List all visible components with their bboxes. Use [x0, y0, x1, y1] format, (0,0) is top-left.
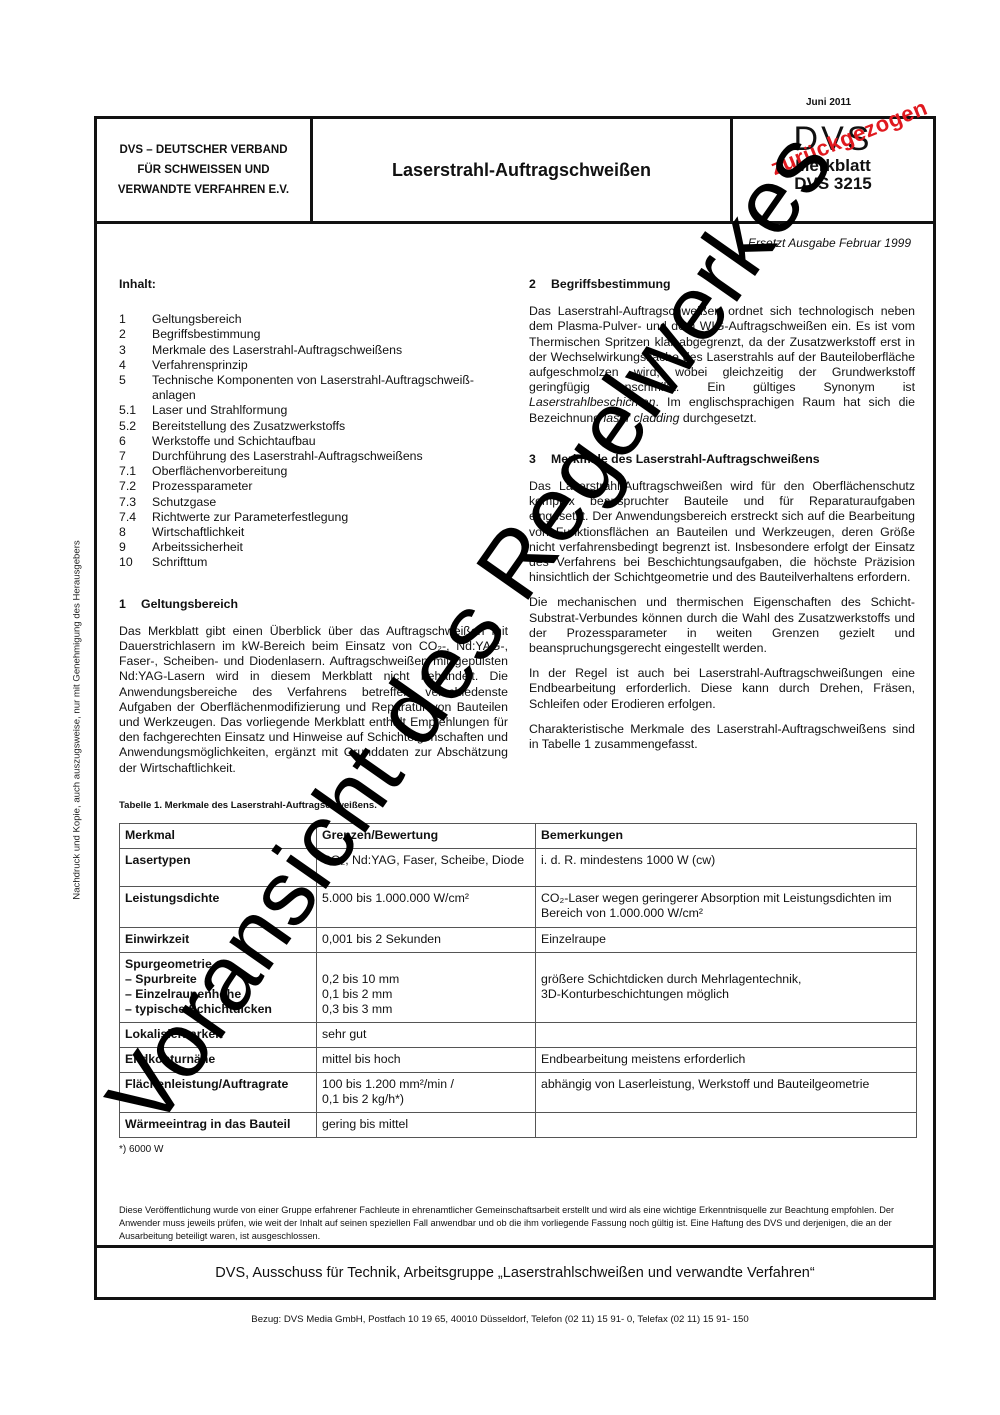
- section-3-paragraph: Die mechanischen und thermischen Eigensc…: [529, 595, 915, 656]
- toc-item-number: 9: [119, 540, 152, 555]
- table-cell-grenzen: CO₂, Nd:YAG, Faser, Scheibe, Diode: [317, 849, 536, 887]
- toc-item-label: Verfahrensprinzip: [152, 358, 248, 373]
- section-title: Merkmale des Laserstrahl-Auftragschweiße…: [551, 452, 820, 466]
- cell-line: 0,1 bis 2 mm: [322, 987, 530, 1002]
- table-cell-grenzen: gering bis mittel: [317, 1113, 536, 1138]
- table-of-contents: 1Geltungsbereich2Begriffsbestimmung3Merk…: [119, 312, 508, 570]
- section-3-heading: 3Merkmale des Laserstrahl-Auftragschweiß…: [529, 452, 915, 467]
- toc-item: 6Werkstoffe und Schichtaufbau: [119, 434, 508, 449]
- toc-item-number: 7.2: [119, 479, 152, 494]
- cell-line: 0,1 bis 2 kg/h*): [322, 1092, 530, 1107]
- toc-item-label: Werkstoffe und Schichtaufbau: [152, 434, 316, 449]
- table-cell-bemerkungen: abhängig von Laserleistung, Werkstoff un…: [536, 1073, 917, 1113]
- cell-line: [322, 957, 530, 972]
- toc-item-label: Begriffsbestimmung: [152, 327, 260, 342]
- table-row: LasertypenCO₂, Nd:YAG, Faser, Scheibe, D…: [120, 849, 917, 887]
- table-cell-bemerkungen: CO₂-Laser wegen geringerer Absorption mi…: [536, 887, 917, 928]
- toc-item: 7.3Schutzgase: [119, 495, 508, 510]
- section-1-heading: 1Geltungsbereich: [119, 597, 508, 612]
- toc-item-number: 7: [119, 449, 152, 464]
- replaces-edition: Ersetzt Ausgabe Februar 1999: [748, 236, 911, 250]
- logo-block: DVS Merkblatt DVS 3215 zurückgezogen: [733, 119, 933, 221]
- toc-title: Inhalt:: [119, 277, 508, 292]
- section-number: 1: [119, 597, 141, 612]
- table-header-row: Merkmal Grenzen/Bewertung Bemerkungen: [120, 824, 917, 849]
- toc-item-number: 2: [119, 327, 152, 342]
- characteristics-table: Merkmal Grenzen/Bewertung Bemerkungen La…: [119, 823, 917, 1138]
- toc-item: 4Verfahrensprinzip: [119, 358, 508, 373]
- cell-line: – typische Schichtdicken: [125, 1002, 311, 1017]
- table-cell-merkmal: Flächenleistung/Auftragrate: [120, 1073, 317, 1113]
- section-number: 3: [529, 452, 551, 467]
- organization-name: DVS – DEUTSCHER VERBAND FÜR SCHWEISSEN U…: [97, 119, 313, 221]
- cell-line: – Einzelraupenhöhe: [125, 987, 311, 1002]
- table-cell-grenzen: 100 bis 1.200 mm²/min /0,1 bis 2 kg/h*): [317, 1073, 536, 1113]
- toc-item-label: Durchführung des Laserstrahl-Auftragschw…: [152, 449, 423, 464]
- toc-item-label: Laser und Strahlformung: [152, 403, 287, 418]
- toc-item: 2Begriffsbestimmung: [119, 327, 508, 342]
- toc-item-number: 3: [119, 343, 152, 358]
- toc-item-number: 7.3: [119, 495, 152, 510]
- section-title: Begriffsbestimmung: [551, 277, 671, 291]
- cell-line: Spurgeometrie: [125, 957, 311, 972]
- table-cell-merkmal: Lokalisierbarkeit: [120, 1023, 317, 1048]
- toc-item-number: 5.1: [119, 403, 152, 418]
- toc-item: 1Geltungsbereich: [119, 312, 508, 327]
- cell-line: [541, 957, 911, 972]
- cell-line: – Spurbreite: [125, 972, 311, 987]
- section-number: 2: [529, 277, 551, 292]
- cell-line: größere Schichtdicken durch Mehrlagentec…: [541, 972, 911, 987]
- toc-item-label: Prozessparameter: [152, 479, 252, 494]
- toc-item: 5.2Bereitstellung des Zusatzwerkstoffs: [119, 419, 508, 434]
- table-cell-grenzen: 0,2 bis 10 mm0,1 bis 2 mm0,3 bis 3 mm: [317, 953, 536, 1023]
- toc-item: 7.1Oberflächenvorbereitung: [119, 464, 508, 479]
- toc-item-number: 10: [119, 555, 152, 570]
- toc-item: 3Merkmale des Laserstrahl-Auftragschweiß…: [119, 343, 508, 358]
- toc-item-label: Merkmale des Laserstrahl-Auftragschweiße…: [152, 343, 402, 358]
- section-2-heading: 2Begriffsbestimmung: [529, 277, 915, 292]
- doc-number: DVS 3215: [733, 175, 933, 193]
- toc-item-number: 4: [119, 358, 152, 373]
- document-title: Laserstrahl-Auftragschweißen: [313, 119, 733, 221]
- section-3-paragraph: Charakteristische Merkmale des Laserstra…: [529, 722, 915, 752]
- table-row: Spurgeometrie– Spurbreite– Einzelraupenh…: [120, 953, 917, 1023]
- table-cell-merkmal: Leistungsdichte: [120, 887, 317, 928]
- toc-item: 5.1Laser und Strahlformung: [119, 403, 508, 418]
- toc-item-number: 5.2: [119, 419, 152, 434]
- section-3-paragraph: Das Laserstrahl-Auftragschweißen wird fü…: [529, 479, 915, 585]
- right-column: 2Begriffsbestimmung Das Laserstrahl-Auft…: [529, 277, 915, 762]
- toc-item-number: 8: [119, 525, 152, 540]
- org-line: VERWANDTE VERFAHREN E.V.: [118, 180, 289, 200]
- text: Das Laserstrahl-Auftragschweißen ordnet …: [529, 304, 915, 394]
- toc-item-label: Wirtschaftlichkeit: [152, 525, 244, 540]
- cell-line: 0,2 bis 10 mm: [322, 972, 530, 987]
- table-cell-bemerkungen: [536, 1023, 917, 1048]
- table-row: Wärmeeintrag in das Bauteilgering bis mi…: [120, 1113, 917, 1138]
- table-cell-merkmal: Endkonturnähe: [120, 1048, 317, 1073]
- toc-item-label: Geltungsbereich: [152, 312, 242, 327]
- table-cell-grenzen: sehr gut: [317, 1023, 536, 1048]
- toc-item-label: Schrifttum: [152, 555, 207, 570]
- publication-date: Juni 2011: [806, 97, 851, 108]
- section-title: Geltungsbereich: [141, 597, 238, 611]
- table-cell-merkmal: Einwirkzeit: [120, 928, 317, 953]
- cell-line: 100 bis 1.200 mm²/min /: [322, 1077, 530, 1092]
- toc-item: 7Durchführung des Laserstrahl-Auftragsch…: [119, 449, 508, 464]
- toc-item: 10Schrifttum: [119, 555, 508, 570]
- document-header: DVS – DEUTSCHER VERBAND FÜR SCHWEISSEN U…: [97, 119, 933, 224]
- table-cell-bemerkungen: i. d. R. mindestens 1000 W (cw): [536, 849, 917, 887]
- toc-item: 7.4Richtwerte zur Parameterfestlegung: [119, 510, 508, 525]
- toc-item-number: 6: [119, 434, 152, 449]
- toc-item: 5Technische Komponenten von Laserstrahl-…: [119, 373, 508, 403]
- left-column: Inhalt: 1Geltungsbereich2Begriffsbestimm…: [119, 277, 508, 786]
- toc-item-number: 5: [119, 373, 152, 403]
- toc-item-label: Oberflächenvorbereitung: [152, 464, 287, 479]
- section-2-paragraph: Das Laserstrahl-Auftragschweißen ordnet …: [529, 304, 915, 426]
- table-caption: Tabelle 1. Merkmale des Laserstrahl-Auft…: [119, 800, 377, 811]
- table-row: Flächenleistung/Auftragrate100 bis 1.200…: [120, 1073, 917, 1113]
- toc-item-number: 7.1: [119, 464, 152, 479]
- table-cell-merkmal: Spurgeometrie– Spurbreite– Einzelraupenh…: [120, 953, 317, 1023]
- table-cell-bemerkungen: größere Schichtdicken durch Mehrlagentec…: [536, 953, 917, 1023]
- toc-item-label: Schutzgase: [152, 495, 216, 510]
- toc-item-label: Technische Komponenten von Laserstrahl-A…: [152, 373, 508, 403]
- toc-item: 7.2Prozessparameter: [119, 479, 508, 494]
- toc-item-label: Arbeitssicherheit: [152, 540, 243, 555]
- cell-line: 3D-Konturbeschichtungen möglich: [541, 987, 911, 1002]
- table-row: Einwirkzeit0,001 bis 2 SekundenEinzelrau…: [120, 928, 917, 953]
- toc-item-number: 7.4: [119, 510, 152, 525]
- column-header: Grenzen/Bewertung: [317, 824, 536, 849]
- table-cell-grenzen: 5.000 bis 1.000.000 W/cm²: [317, 887, 536, 928]
- table-cell-grenzen: 0,001 bis 2 Sekunden: [317, 928, 536, 953]
- text: durchgesetzt.: [679, 411, 756, 425]
- toc-item: 9Arbeitssicherheit: [119, 540, 508, 555]
- disclaimer: Diese Veröffentlichung wurde von einer G…: [119, 1204, 919, 1243]
- column-header: Bemerkungen: [536, 824, 917, 849]
- section-1-paragraph: Das Merkblatt gibt einen Überblick über …: [119, 624, 508, 776]
- committee-credit: DVS, Ausschuss für Technik, Arbeitsgrupp…: [97, 1245, 933, 1297]
- toc-item-label: Bereitstellung des Zusatzwerkstoffs: [152, 419, 345, 434]
- table-cell-grenzen: mittel bis hoch: [317, 1048, 536, 1073]
- toc-item: 8Wirtschaftlichkeit: [119, 525, 508, 540]
- table-row: Endkonturnähemittel bis hochEndbearbeitu…: [120, 1048, 917, 1073]
- table-cell-merkmal: Lasertypen: [120, 849, 317, 887]
- doc-type: Merkblatt: [733, 157, 933, 175]
- table-row: Lokalisierbarkeitsehr gut: [120, 1023, 917, 1048]
- table-cell-bemerkungen: [536, 1113, 917, 1138]
- english-term: laser cladding: [604, 411, 680, 425]
- ordering-info: Bezug: DVS Media GmbH, Postfach 10 19 65…: [0, 1314, 1000, 1325]
- table-footnote: *) 6000 W: [119, 1144, 163, 1155]
- table-cell-bemerkungen: Endbearbeitung meistens erforderlich: [536, 1048, 917, 1073]
- section-3-paragraph: In der Regel ist auch bei Laserstrahl-Au…: [529, 666, 915, 712]
- table-cell-bemerkungen: Einzelraupe: [536, 928, 917, 953]
- copyright-side-note: Nachdruck und Kopie, auch auszugsweise, …: [72, 540, 83, 899]
- toc-item-label: Richtwerte zur Parameterfestlegung: [152, 510, 348, 525]
- table-row: Leistungsdichte5.000 bis 1.000.000 W/cm²…: [120, 887, 917, 928]
- org-line: FÜR SCHWEISSEN UND: [118, 160, 289, 180]
- table-cell-merkmal: Wärmeeintrag in das Bauteil: [120, 1113, 317, 1138]
- document-frame: DVS – DEUTSCHER VERBAND FÜR SCHWEISSEN U…: [94, 116, 936, 1300]
- org-line: DVS – DEUTSCHER VERBAND: [118, 140, 289, 160]
- column-header: Merkmal: [120, 824, 317, 849]
- synonym-term: Laserstrahlbeschichten: [529, 395, 655, 409]
- toc-item-number: 1: [119, 312, 152, 327]
- cell-line: 0,3 bis 3 mm: [322, 1002, 530, 1017]
